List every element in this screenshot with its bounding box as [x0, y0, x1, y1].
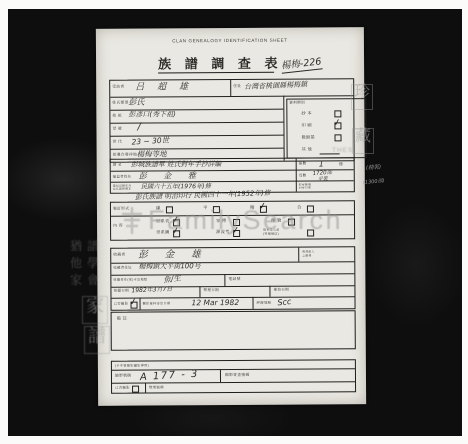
genealogy-title-table: 譜 名 彭城族譜單 姓氏對年手抄詳編 冊數 1 冊 編纂者姓名 彭 金 雅 頁數… [110, 157, 355, 193]
checkbox-printed [334, 122, 341, 129]
table-line [298, 248, 299, 262]
hall-name-value: / [137, 123, 140, 133]
table-line [224, 274, 225, 286]
respondent-info-table: 受訪者 吕 超 雄 住址 台灣省桃園縣楊梅鎮 姓氏郡望 彭氏 始 祖 彭彥口(秀… [109, 78, 355, 162]
remarks-label: 備 註 [117, 317, 127, 321]
checkbox-filmed [131, 301, 138, 308]
volumes-value: 1 [319, 160, 324, 168]
file-reference-number: 楊梅-226 [281, 57, 323, 73]
checkbox-office-filmed [132, 385, 139, 392]
table-line [199, 286, 200, 297]
query-number-label: 縮影寄查號碼 [225, 373, 250, 377]
manuscript-label: 抄 本 [301, 112, 311, 116]
table-line [112, 368, 355, 370]
microfilm-scan-viewer: CLAN GENEALOGY IDENTIFICATION SHEET 族 譜 … [0, 0, 468, 444]
form-title: 族 譜 調 查 表 [158, 57, 274, 74]
other-label: 其 他 [302, 148, 312, 152]
microfilm-office-table: (予本會縮影攝影專用) 縮影號碼 A 177 - 3 縮影寄查號碼 已否攝影 整… [111, 359, 356, 393]
checkbox-microfilm [334, 134, 341, 141]
seal-glyph: 譜 [84, 326, 110, 354]
address-value: 台灣省桃園縣楊梅鎮 [244, 81, 307, 91]
table-line [110, 95, 353, 97]
seal-glyph: 譜 [87, 240, 99, 252]
surname-label: 姓氏郡望 [112, 101, 128, 105]
table-line [139, 298, 140, 310]
table-line [220, 369, 221, 382]
table-line [111, 273, 354, 275]
material-type-header: 資料類別 [289, 102, 305, 106]
seal-glyph: 他 [70, 257, 82, 269]
checkbox-manuscript [334, 110, 341, 117]
sent-date-label: 攝影資料寄出日期 [143, 302, 171, 305]
owner-filming-table: 收藏者 彭 金 雄 與受訪人 之關係 收藏者住址 楊梅鎮大平街100号 收藏者在… [110, 246, 355, 310]
familysearch-watermark: FamilySearch [148, 207, 343, 234]
retake-date-label: 補拍日期 [273, 289, 289, 293]
owner-address-value: 楊梅鎮大平街100号 [138, 263, 200, 270]
pages-value-2: 平裝 [318, 177, 328, 183]
agent-signature: Scc [277, 298, 292, 307]
relation-label-2: 之關係 [302, 255, 311, 258]
generations-value: 23 ~ 30世 [131, 136, 169, 146]
office-use-note: (予本會縮影攝影專用) [115, 364, 149, 367]
table-line [145, 383, 146, 393]
archive-seal-left: 猶 他 家 譜 學 會 家 譜 [70, 238, 116, 348]
respondent-value: 吕 超 雄 [135, 83, 193, 92]
table-line [230, 80, 231, 96]
extra-label-2: 回寄日期 [299, 187, 311, 190]
sent-date-value: 12 Mar 1982 [192, 298, 240, 306]
origin-place-label: 始遷台發祥地 [113, 153, 138, 157]
office-filmed-label: 已否攝影 [115, 386, 130, 389]
sheet-english-title: CLAN GENEALOGY IDENTIFICATION SHEET [96, 38, 364, 44]
respondent-label: 受訪者 [112, 86, 124, 90]
table-line [269, 286, 270, 297]
roll-number-label: 縮影號碼 [115, 374, 131, 378]
compiler-label: 編纂者姓名 [113, 175, 131, 179]
compiler-value: 彭 金 雅 [139, 172, 203, 180]
owner-value: 彭 金 雄 [138, 250, 208, 260]
seal-glyph: 珍 [351, 84, 373, 110]
remarks-box: 備 註 [111, 310, 356, 350]
seal-glyph: 家 [70, 274, 82, 286]
address-label: 住址 [233, 85, 241, 89]
arrange-date-label: 整理日期 [203, 289, 219, 293]
table-line [252, 297, 253, 309]
seal-glyph: 學 [87, 257, 99, 269]
table-line [283, 96, 284, 161]
contact-place-value: 魚/生 [163, 274, 181, 284]
generations-label: 世 代 [113, 140, 123, 144]
table-line [110, 122, 283, 124]
origin-place-value: 楊梅等地 [137, 150, 167, 158]
archive-seal-right: 珍 藏 [351, 84, 375, 172]
seal-glyph: 家 [82, 296, 108, 324]
seal-glyph: 會 [87, 274, 99, 286]
first-ancestor-value: 彭彥口(秀下祖) [128, 111, 176, 118]
pages-label: 頁數 [299, 174, 307, 178]
first-ancestor-label: 始 祖 [112, 114, 122, 118]
printed-label: 印 刷 [301, 124, 311, 128]
hall-name-label: 堂 號 [112, 127, 122, 131]
genealogy-title-value: 彭城族譜單 姓氏對年手抄詳編 [131, 161, 222, 168]
agent-label: 經辦地點 [257, 301, 272, 304]
edition-value: 民國六十五年(1976年)修 [141, 184, 211, 191]
seal-glyph: 猶 [70, 240, 82, 252]
genealogy-title-label: 譜 名 [113, 164, 122, 168]
photo-date-value: 1982年3月7日 [131, 287, 172, 295]
contact-place-label: 收藏者在(家)可洽地點 [113, 278, 147, 281]
edition-label-2: 及其最新版本 [113, 188, 132, 191]
surname-value: 彭氏 [128, 99, 144, 107]
volumes-label: 冊數 [299, 163, 307, 167]
seal-glyph: 藏 [352, 128, 374, 154]
microfilm-label: 微縮捲 [302, 135, 315, 139]
volumes-unit: 冊 [339, 162, 343, 166]
roll-number-value: A 177 - 3 [140, 369, 199, 382]
table-line [296, 159, 297, 192]
arrange-number-label: 整理號碼 [149, 386, 164, 389]
owner-address-label: 收藏者住址 [113, 266, 131, 270]
phone-label: 電話號 [228, 277, 240, 281]
familysearch-tree-logo-icon [118, 205, 146, 235]
